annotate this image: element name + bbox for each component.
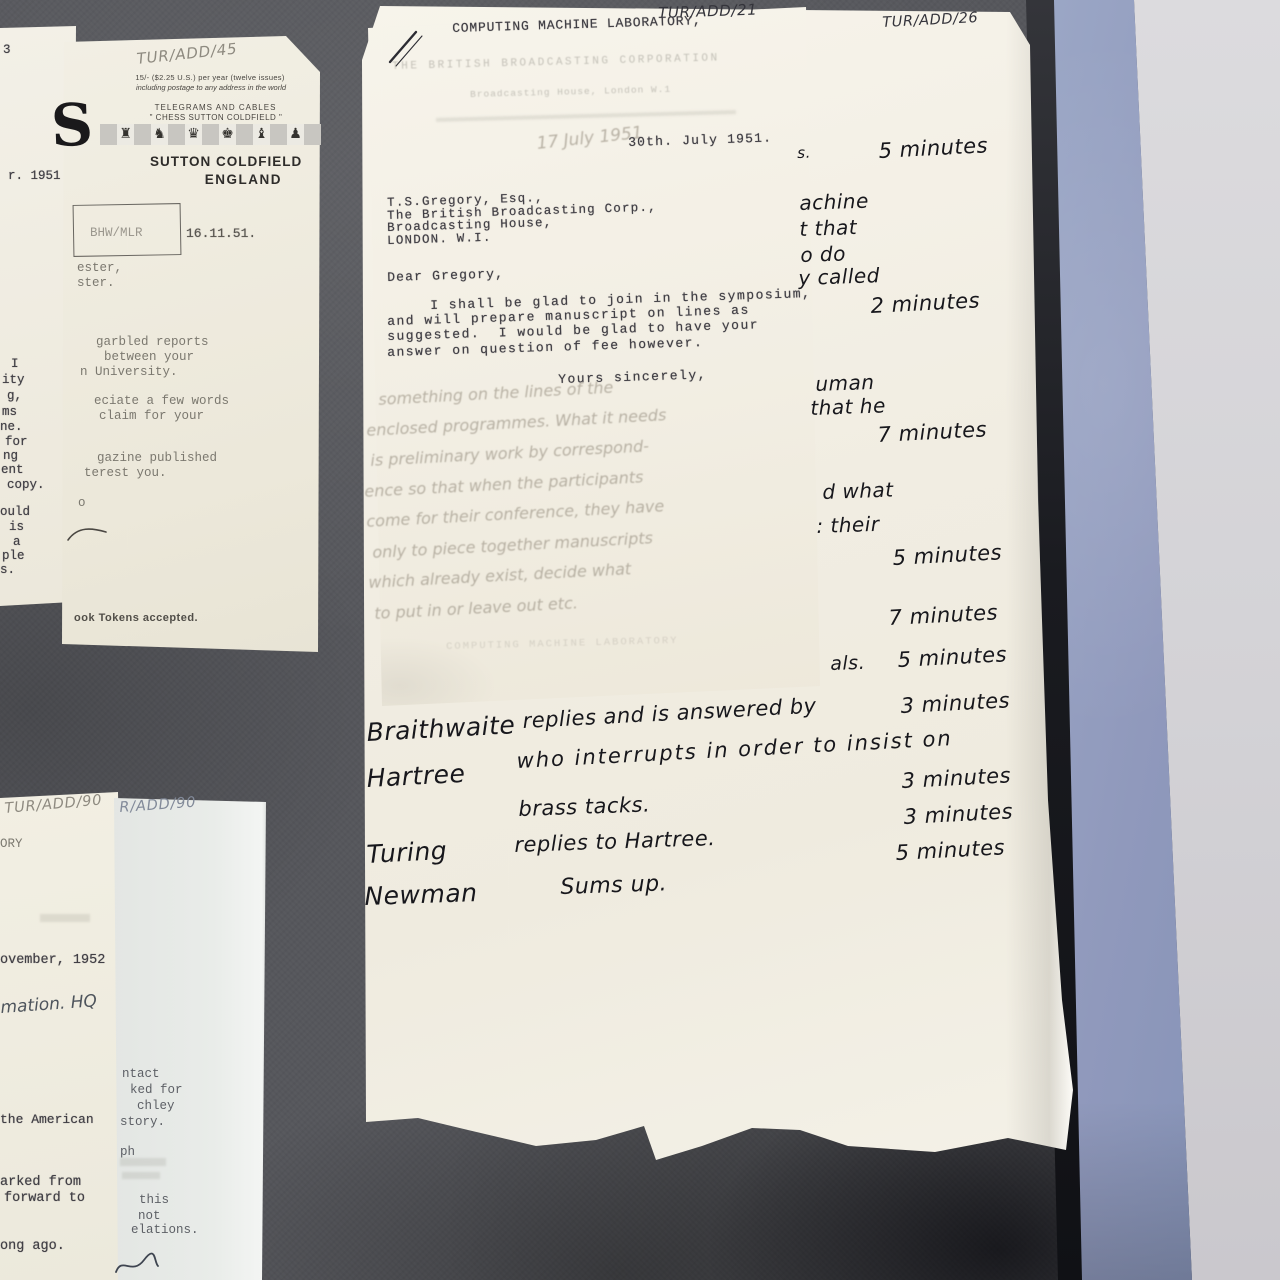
handwritten-note-fragment: d what — [822, 480, 894, 503]
bottom-cream-fragment: the American — [0, 1113, 94, 1127]
shaded-square — [270, 124, 287, 145]
ghost-bbc-address: Broadcasting House, London W.1 — [470, 85, 671, 100]
bottom-blue-fragment: chley — [137, 1100, 175, 1113]
under-sheet-fragment: ent — [1, 464, 24, 477]
handwritten-note-fragment: o do — [800, 243, 846, 266]
text-layer: TUR/ADD/45 15/- ($2.25 U.S.) per year (t… — [0, 0, 1280, 1280]
handwritten-note-fragment: uman — [815, 372, 875, 395]
handwritten-note-fragment: brass tacks. — [518, 793, 651, 820]
chess-logo-letter: S — [50, 95, 94, 157]
handwritten-note-fragment: 2 minutes — [870, 289, 981, 317]
ref-chess-letter: TUR/ADD/45 — [136, 41, 238, 67]
knight-icon: ♞ — [151, 124, 168, 145]
shaded-square — [100, 124, 117, 145]
bottom-blue-fragment: elations. — [131, 1224, 199, 1237]
handwritten-note-fragment: replies to Hartree. — [514, 827, 716, 856]
handwritten-note-fragment: Hartree — [366, 761, 466, 792]
ghost-showthrough-line: only to piece together manuscripts — [372, 530, 653, 561]
under-sheet-fragment: ity — [2, 374, 25, 387]
ref-notes-sheet: TUR/ADD/26 — [882, 11, 979, 31]
letter-address-line: LONDON. W.I. — [387, 231, 492, 247]
handwritten-note-fragment: : their — [816, 514, 880, 537]
faded-mark-cream — [40, 914, 90, 922]
chess-letter-fragment: o — [78, 497, 86, 510]
telegrams-line-2: " CHESS SUTTON COLDFIELD " — [136, 114, 296, 122]
chess-letter-fragment: terest you. — [84, 467, 167, 480]
archive-box-photo: TUR/ADD/45 15/- ($2.25 U.S.) per year (t… — [0, 0, 1280, 1280]
handwritten-note-fragment: Turing — [366, 838, 448, 868]
under-sheet-fragment: I — [11, 358, 19, 371]
handwritten-note-fragment: 7 minutes — [877, 418, 988, 446]
bottom-cream-fragment: forward to — [4, 1192, 85, 1206]
ghost-letterhead-rule — [436, 110, 736, 122]
chess-ref-code: BHW/MLR — [90, 227, 143, 240]
blue-sheet-signature-stroke — [110, 1252, 162, 1280]
ref-bottom-blue: R/ADD/90 — [119, 796, 197, 817]
handwritten-note-fragment: 5 minutes — [878, 134, 989, 162]
under-sheet-fragment: r. 1951 — [8, 170, 61, 183]
chess-date: 16.11.51. — [186, 227, 256, 241]
chess-letter-fragment: ester, — [77, 262, 122, 275]
under-sheet-fragment: ng — [3, 450, 18, 463]
bottom-cream-fragment: mation. HQ — [0, 993, 98, 1018]
under-sheet-fragment: copy. — [7, 479, 45, 492]
ghost-showthrough-line: come for their conference, they have — [366, 498, 665, 530]
shaded-square — [134, 124, 151, 145]
under-sheet-fragment: g, — [7, 390, 22, 403]
subscription-line-2: including postage to any address in the … — [116, 84, 306, 92]
handwritten-note-fragment: 3 minutes — [903, 800, 1014, 828]
letter-date: 30th. July 1951. — [628, 131, 772, 149]
pawn-icon: ♟ — [287, 124, 304, 145]
chess-footer: ook Tokens accepted. — [74, 613, 198, 625]
chess-letter-fragment: n University. — [80, 366, 178, 379]
handwritten-note-fragment: who interrupts in order to insist on — [516, 727, 953, 772]
ghost-bbc-line: THE BRITISH BROADCASTING CORPORATION — [392, 53, 720, 73]
bottom-blue-fragment: ntact — [122, 1068, 160, 1081]
shaded-square — [304, 124, 321, 145]
handwritten-note-fragment: achine — [799, 191, 869, 214]
letter-heading: COMPUTING MACHINE LABORATORY, — [452, 14, 702, 35]
handwritten-note-fragment: 3 minutes — [901, 764, 1012, 792]
chess-letter-fragment: gazine published — [97, 452, 217, 465]
shaded-square — [168, 124, 185, 145]
bottom-blue-fragment: ked for — [130, 1084, 183, 1097]
telegrams-line-1: TELEGRAMS AND CABLES — [148, 104, 283, 112]
bottom-cream-fragment: arked from — [0, 1176, 81, 1190]
handwritten-note-fragment: 5 minutes — [892, 541, 1003, 569]
bottom-blue-fragment: not — [138, 1210, 161, 1223]
faded-stamp-mark-2 — [122, 1172, 160, 1179]
rook-icon: ♜ — [117, 124, 134, 145]
ghost-showthrough-line: something on the lines of the — [378, 380, 614, 409]
handwritten-note-fragment: 5 minutes — [895, 836, 1006, 864]
under-sheet-fragment: ple — [2, 550, 25, 563]
under-sheet-fragment: s. — [0, 564, 15, 577]
chess-letter-fragment: claim for your — [99, 410, 204, 423]
handwritten-note-fragment: 5 minutes — [897, 643, 1008, 671]
bottom-cream-fragment: ovember, 1952 — [0, 954, 105, 968]
ghost-showthrough-line: ence so that when the participants — [364, 469, 644, 500]
chess-signature-stroke — [66, 524, 110, 544]
under-sheet-fragment: ne. — [0, 421, 23, 434]
under-sheet-fragment: is — [9, 521, 24, 534]
handwritten-note-fragment: 3 minutes — [900, 689, 1011, 717]
under-sheet-fragment: 3 — [3, 44, 11, 57]
under-sheet-fragment: ould — [0, 506, 30, 519]
letter-salutation: Dear Gregory, — [387, 267, 504, 284]
handwritten-note-fragment: Sums up. — [560, 872, 667, 899]
chess-letter-fragment: eciate a few words — [94, 395, 229, 408]
chess-pieces-band: ♜♞♛♚♝♟ — [100, 124, 321, 145]
under-sheet-fragment: a — [13, 536, 21, 549]
handwritten-note-fragment: t that — [799, 217, 858, 240]
handwritten-note-fragment: s. — [797, 146, 811, 162]
ghost-showthrough-line: which already exist, decide what — [368, 561, 632, 592]
under-sheet-fragment: for — [5, 436, 28, 449]
place-line-2: ENGLAND — [150, 173, 282, 187]
under-sheet-fragment: ms — [2, 406, 17, 419]
subscription-line-1: 15/- ($2.25 U.S.) per year (twelve issue… — [120, 74, 300, 82]
bottom-blue-fragment: story. — [120, 1116, 165, 1129]
shaded-square — [236, 124, 253, 145]
chess-letter-fragment: garbled reports — [96, 336, 209, 349]
faded-stamp-mark-1 — [120, 1158, 166, 1166]
bottom-blue-fragment: ph — [120, 1146, 135, 1159]
ghost-showthrough-line: is preliminary work by correspond- — [370, 438, 649, 469]
ghost-showthrough-line: to put in or leave out etc. — [374, 595, 578, 622]
king-icon: ♚ — [219, 124, 236, 145]
place-line-1: SUTTON COLDFIELD — [150, 155, 282, 169]
handwritten-note-fragment: 7 minutes — [888, 601, 999, 629]
chess-letter-fragment: ster. — [77, 277, 115, 290]
bottom-cream-fragment: ong ago. — [0, 1240, 65, 1254]
handwritten-note-fragment: Braithwaite — [366, 712, 516, 746]
ghost-showthrough-line: enclosed programmes. What it needs — [366, 407, 667, 439]
bishop-icon: ♝ — [253, 124, 270, 145]
handwritten-note-fragment: replies and is answered by — [522, 695, 817, 732]
ref-bottom-cream: TUR/ADD/90 — [4, 793, 103, 817]
shaded-square — [202, 124, 219, 145]
chess-letter-fragment: between your — [104, 351, 194, 364]
handwritten-note-fragment: that he — [810, 395, 886, 419]
bottom-cream-fragment: ORY — [0, 838, 23, 851]
handwritten-note-fragment: als. — [830, 654, 866, 675]
ghost-letter-footer: COMPUTING MACHINE LABORATORY — [446, 636, 679, 653]
handwritten-note-fragment: Newman — [364, 880, 478, 910]
bottom-blue-fragment: this — [139, 1194, 169, 1207]
queen-icon: ♛ — [185, 124, 202, 145]
